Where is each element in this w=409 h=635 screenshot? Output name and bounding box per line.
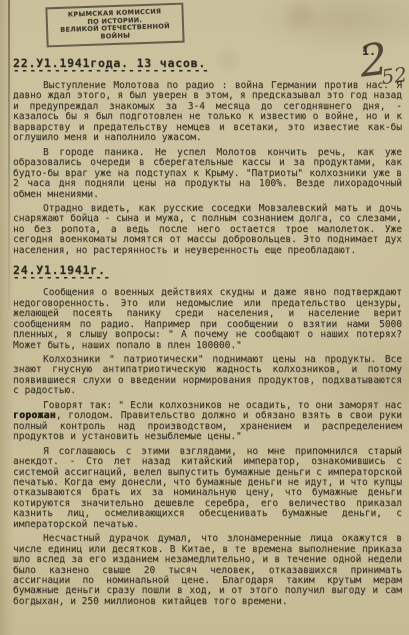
diary-paragraph: В городе паника. Не успел Молотов кончит… (13, 148, 402, 200)
heading-underline-2: ------------ (13, 273, 402, 282)
diary-paragraph: Сообщения о военных действиях скудны и д… (13, 288, 402, 351)
handwritten-correction: горожан (13, 410, 56, 421)
heading-underline-1: ------------------------ (13, 66, 402, 75)
diary-content: 22.У1.1941года. 13 часов. --------------… (13, 56, 402, 611)
diary-paragraph: Выступление Молотова по радио : война Ге… (13, 81, 402, 144)
diary-paragraph: Говорят так: " Если колхозников не осади… (13, 401, 402, 443)
paper-crease (8, 0, 10, 310)
diary-paragraph: Отрадно видеть, как русские соседки Мовз… (13, 204, 402, 256)
diary-paragraph: Несчастный дурачок думал, что злонамерен… (13, 534, 402, 607)
paragraph-text: , голодом. Правительство должно и обязан… (13, 410, 402, 442)
document-page: КРЫМСКАЯ КОМИССИЯ ПО ИСТОРИИ. ВЕЛИКОЙ ОТ… (0, 0, 409, 635)
diary-paragraph: Колхозники " патриотически" поднимают це… (13, 355, 402, 397)
diary-paragraph: Я соглашаюсь с этими взглядами, но мне п… (13, 447, 402, 531)
archive-stamp: КРЫМСКАЯ КОМИССИЯ ПО ИСТОРИИ. ВЕЛИКОЙ ОТ… (45, 3, 184, 48)
